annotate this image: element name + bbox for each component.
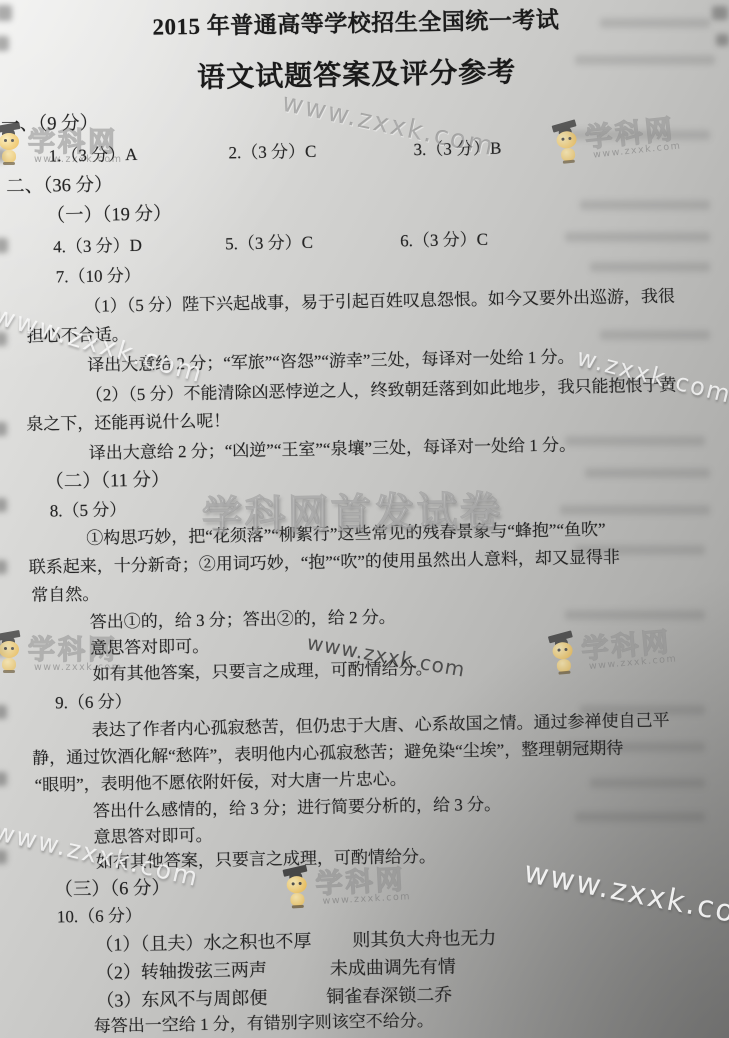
watermark-url-mid-right: w.zxxk.com <box>574 343 729 409</box>
watermark-url-center: www.zxxk.com <box>305 630 467 681</box>
watermark-url-bottom-right: www.zxxk.com <box>521 855 729 936</box>
watermark-url-bottom-left: www.zxxk.com <box>0 817 202 892</box>
watermark-url-top-center: www.zxxk.com <box>279 88 497 162</box>
watermark-banner: 学科网首发试卷 <box>202 479 504 541</box>
scanned-answer-sheet: 学科网 www.zxxk.com 学科网 www.zxxk.com 学科网 ww… <box>0 0 729 1038</box>
watermark-layer: www.zxxk.com www.zxxk.com w.zxxk.com 学科网… <box>0 0 729 1038</box>
watermark-url-mid-left: www.zxxk.com <box>0 301 207 390</box>
